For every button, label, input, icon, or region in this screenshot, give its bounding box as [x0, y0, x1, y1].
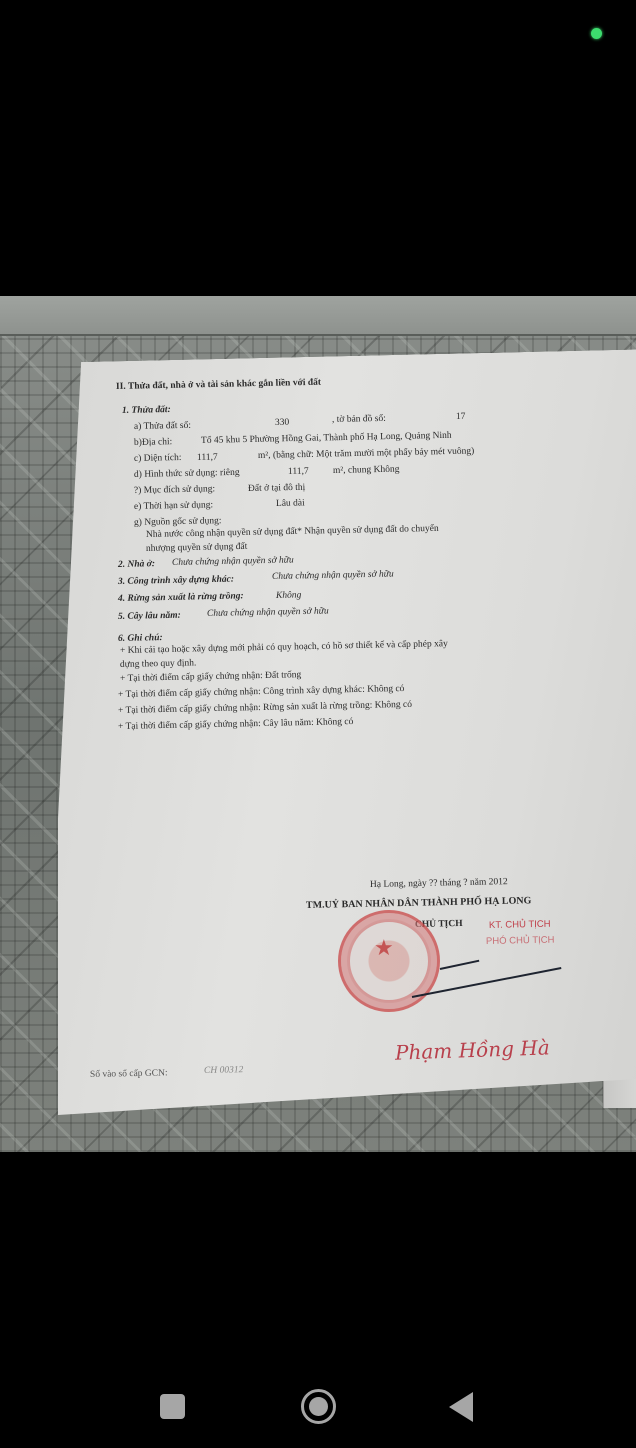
- usage-form-private: 111,7: [288, 467, 309, 477]
- note-item: + Tại thời điểm cấp giấy chứng nhận: Cây…: [118, 717, 354, 732]
- navigation-bar: [0, 1370, 636, 1448]
- term-label: e) Thời hạn sử dụng:: [134, 500, 213, 512]
- back-triangle-icon[interactable]: [449, 1392, 473, 1422]
- document-photo: II. Thửa đất, nhà ở và tài sản khác gắn …: [0, 296, 636, 1152]
- home-circle-icon[interactable]: [301, 1389, 336, 1424]
- house-value: Chưa chứng nhận quyền sở hữu: [172, 555, 294, 568]
- note-item: + Tại thời điểm cấp giấy chứng nhận: Rừn…: [118, 700, 412, 716]
- usage-form-shared: m², chung Không: [333, 465, 400, 476]
- certificate-content: II. Thửa đất, nhà ở và tài sản khác gắn …: [0, 296, 636, 1152]
- address-label: b)Địa chỉ:: [134, 437, 172, 448]
- register-label: Số vào sổ cấp GCN:: [90, 1068, 168, 1080]
- note-item: dựng theo quy định.: [120, 658, 197, 670]
- construction-heading: 3. Công trình xây dựng khác:: [118, 575, 234, 587]
- map-sheet-number: 17: [456, 412, 466, 422]
- perennial-heading: 5. Cây lâu năm:: [118, 611, 181, 622]
- perennial-value: Chưa chứng nhận quyền sở hữu: [207, 606, 329, 619]
- recents-square-icon[interactable]: [160, 1394, 185, 1419]
- issuing-authority: TM.UỶ BAN NHÂN DÂN THÀNH PHỐ HẠ LONG: [306, 895, 532, 911]
- status-indicator: [591, 28, 602, 39]
- issue-date: Hạ Long, ngày ?? tháng ? năm 2012: [370, 877, 508, 890]
- stamp-title-2: PHÓ CHỦ TỊCH: [486, 935, 555, 947]
- area-label: c) Diện tích:: [134, 453, 182, 464]
- area-value: 111,7: [197, 453, 218, 463]
- signer-name: Phạm Hồng Hà: [395, 1035, 550, 1064]
- usage-form-label: d) Hình thức sử dụng: riêng: [134, 468, 240, 480]
- signature-stroke: [440, 960, 480, 970]
- note-item: + Khi cải tạo hoặc xây dựng mới phải có …: [120, 639, 448, 656]
- forest-heading: 4. Rừng sản xuất là rừng trồng:: [118, 591, 244, 604]
- notes-heading: 6. Ghi chú:: [118, 633, 163, 644]
- origin-label: g) Nguồn gốc sử dụng:: [134, 516, 222, 528]
- parcel-label: a) Thửa đất số:: [134, 421, 191, 432]
- construction-value: Chưa chứng nhận quyền sở hữu: [272, 569, 394, 582]
- origin-line-2: nhượng quyền sử dụng đất: [146, 542, 248, 554]
- stamp-title-1: KT. CHỦ TỊCH: [489, 919, 551, 931]
- purpose-value: Đất ở tại đô thị: [248, 483, 305, 494]
- register-value: CH 00312: [204, 1065, 244, 1076]
- official-seal: ★: [338, 910, 440, 1012]
- map-sheet-label: , tờ bản đồ số:: [332, 414, 386, 425]
- land-heading: 1. Thửa đất:: [122, 405, 171, 416]
- term-value: Lâu dài: [276, 498, 305, 509]
- note-item: + Tại thời điểm cấp giấy chứng nhận: Đất…: [120, 670, 301, 684]
- forest-value: Không: [276, 590, 302, 601]
- address-value: Tổ 45 khu 5 Phường Hồng Gai, Thành phố H…: [201, 431, 452, 446]
- purpose-label: ?) Mục đích sử dụng:: [134, 484, 215, 496]
- parcel-number: 330: [275, 418, 289, 428]
- star-emblem-icon: ★: [374, 935, 394, 961]
- area-in-words: m², (bằng chữ: Một trăm mười một phẩy bả…: [258, 446, 474, 461]
- note-item: + Tại thời điểm cấp giấy chứng nhận: Côn…: [118, 684, 405, 700]
- section-title: II. Thửa đất, nhà ở và tài sản khác gắn …: [116, 378, 321, 392]
- house-heading: 2. Nhà ở:: [118, 559, 155, 570]
